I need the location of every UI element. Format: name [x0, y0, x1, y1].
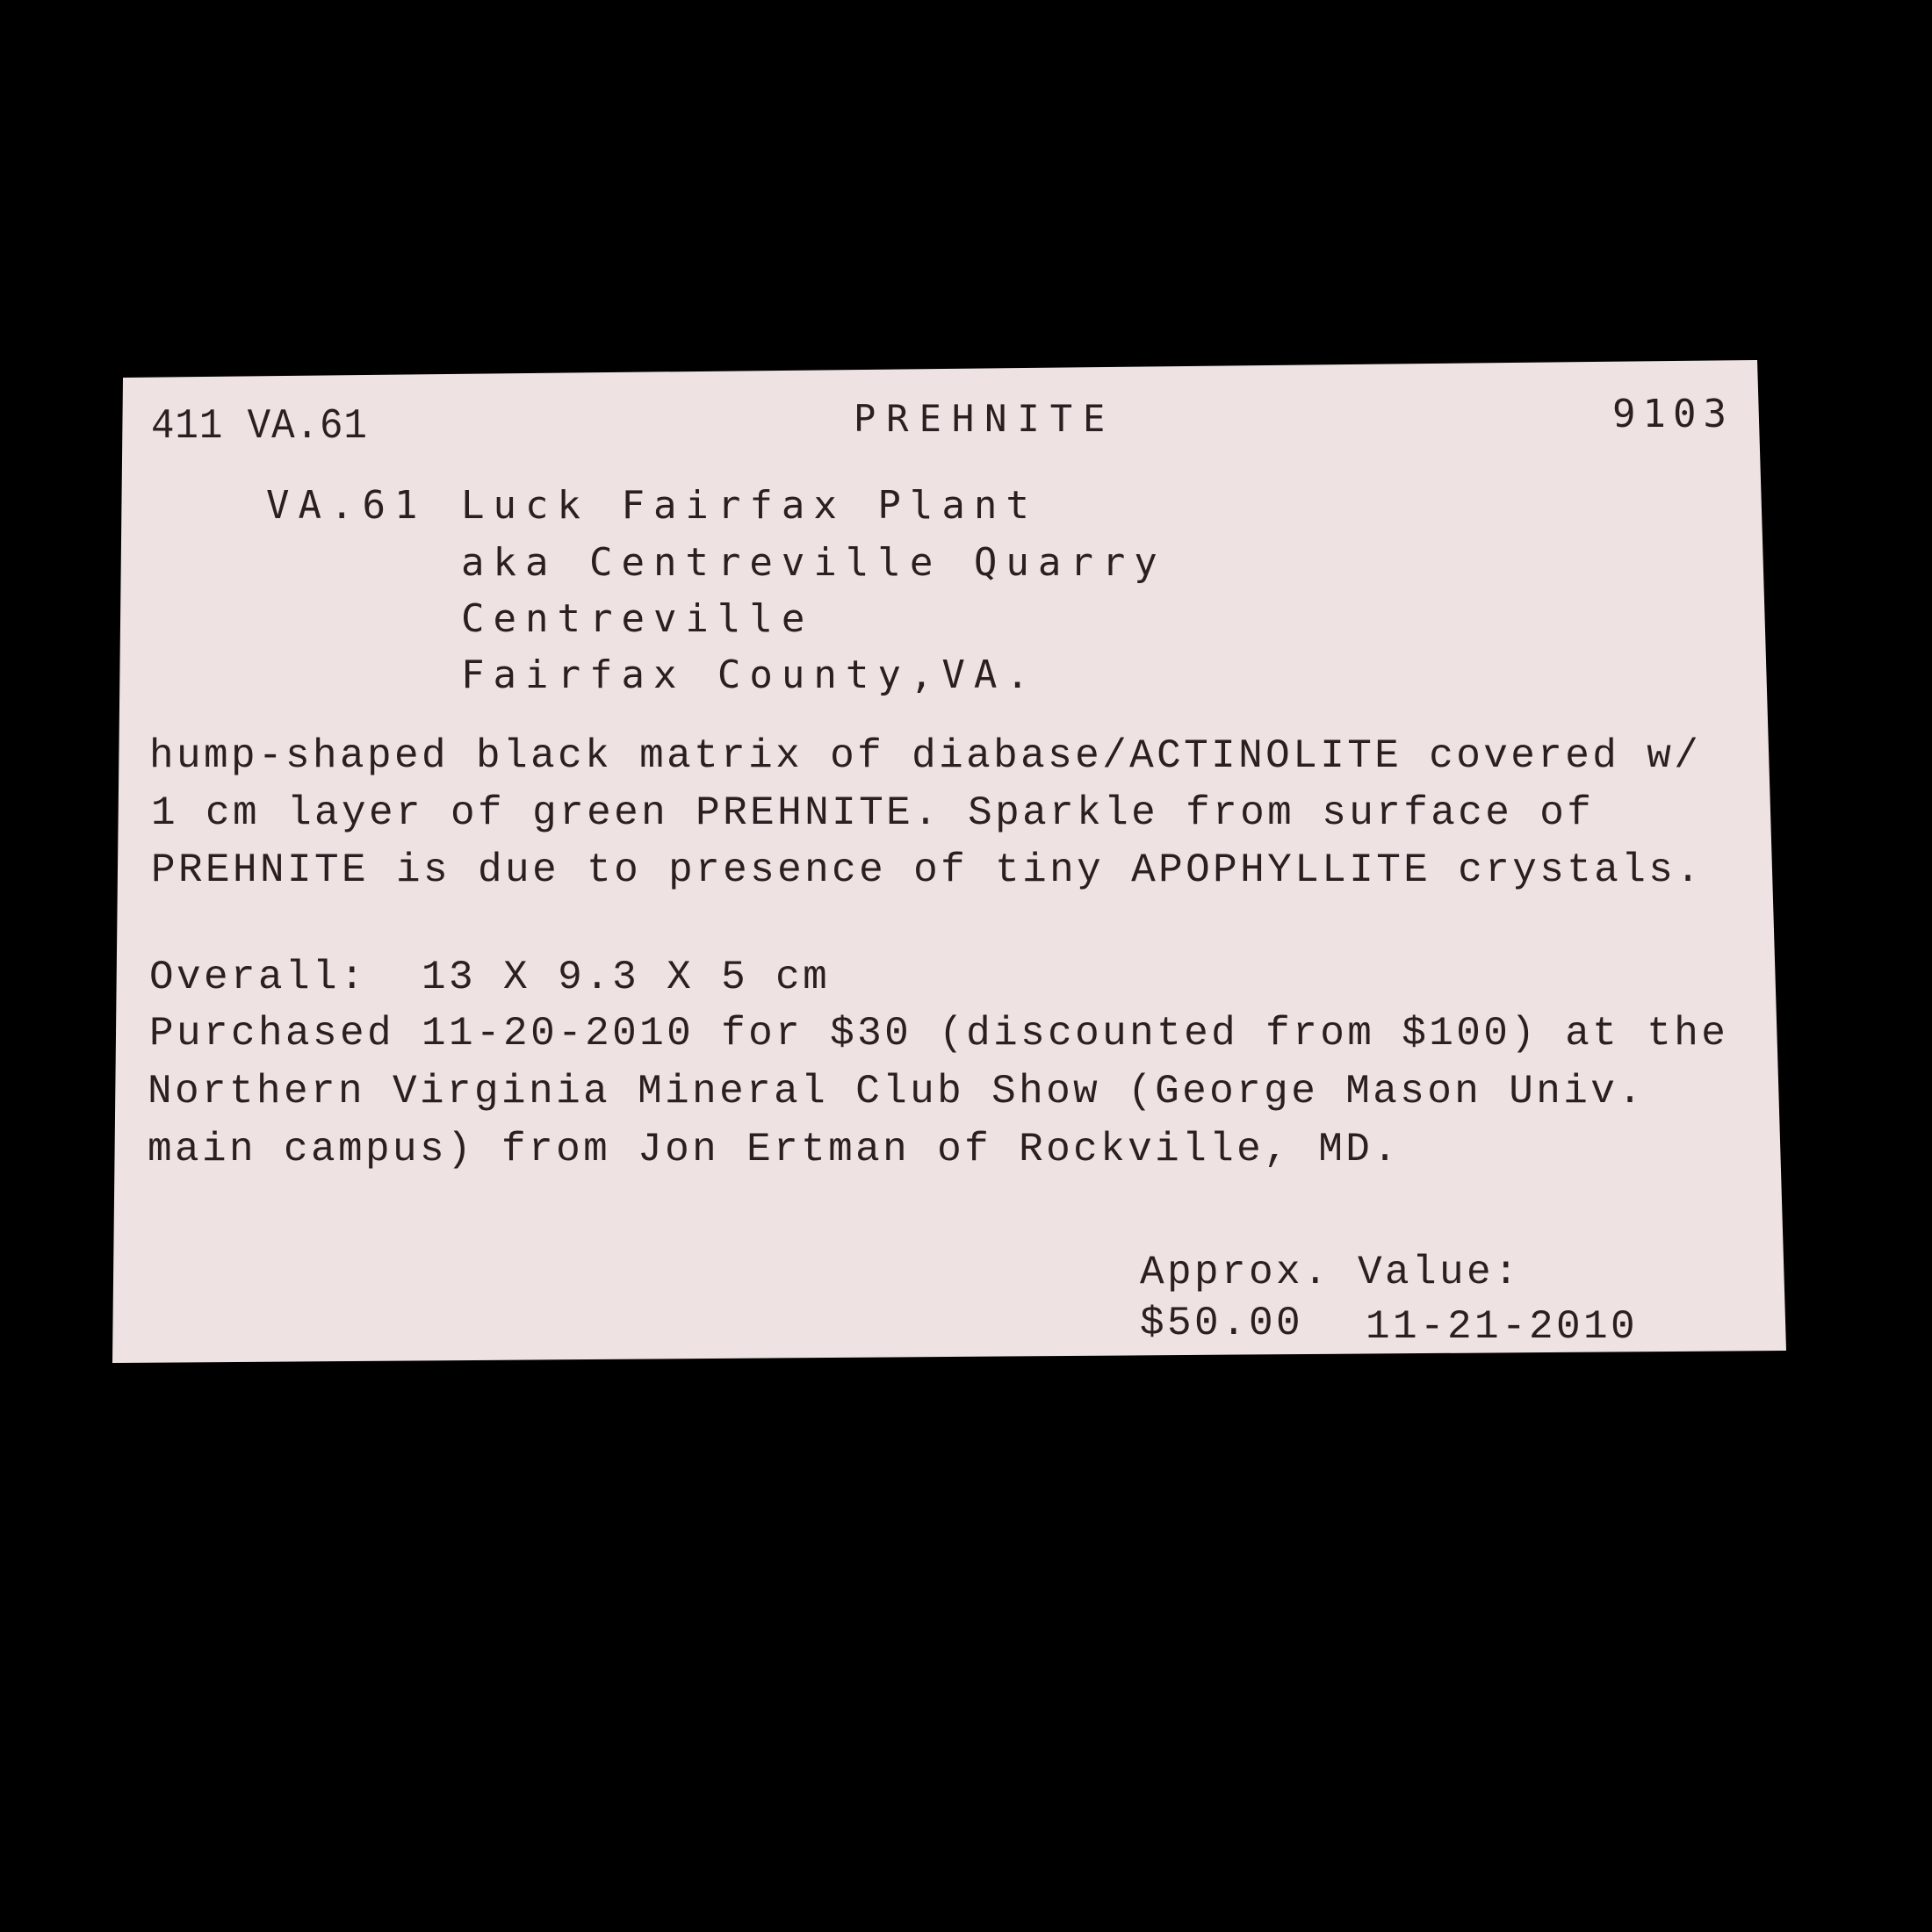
description-line: PREHNITE is due to presence of tiny APOP… [151, 850, 1703, 890]
locality-line: Luck Fairfax Plant [461, 487, 1038, 525]
valuation-date: 11-21-2010 [1366, 1307, 1638, 1347]
locality-line: aka Centreville Quarry [461, 544, 1166, 582]
purchase-line: Northern Virginia Mineral Club Show (Geo… [148, 1071, 1645, 1112]
valuation-label: Approx. Value: [1140, 1252, 1521, 1293]
locality-line: Centreville [461, 600, 813, 638]
mineral-name-title: PREHNITE [854, 400, 1115, 437]
purchase-line: Purchased 11-20-2010 for $30 (discounted… [149, 1013, 1728, 1054]
dimensions: Overall: 13 X 9.3 X 5 cm [149, 957, 830, 998]
catalog-code: 411 VA.61 [151, 406, 368, 448]
locality-code: VA.61 [266, 487, 426, 525]
valuation-amount: $50.00 [1140, 1303, 1303, 1344]
description-line: hump-shaped black matrix of diabase/ACTI… [149, 736, 1701, 776]
locality-line: Fairfax County,VA. [461, 656, 1038, 695]
purchase-line: main campus) from Jon Ertman of Rockvill… [148, 1129, 1400, 1170]
specimen-label-card: 411 VA.61 PREHNITE 9103 VA.61 Luck Fairf… [0, 0, 1932, 1932]
specimen-number: 9103 [1612, 395, 1734, 434]
description-line: 1 cm layer of green PREHNITE. Sparkle fr… [151, 793, 1594, 833]
